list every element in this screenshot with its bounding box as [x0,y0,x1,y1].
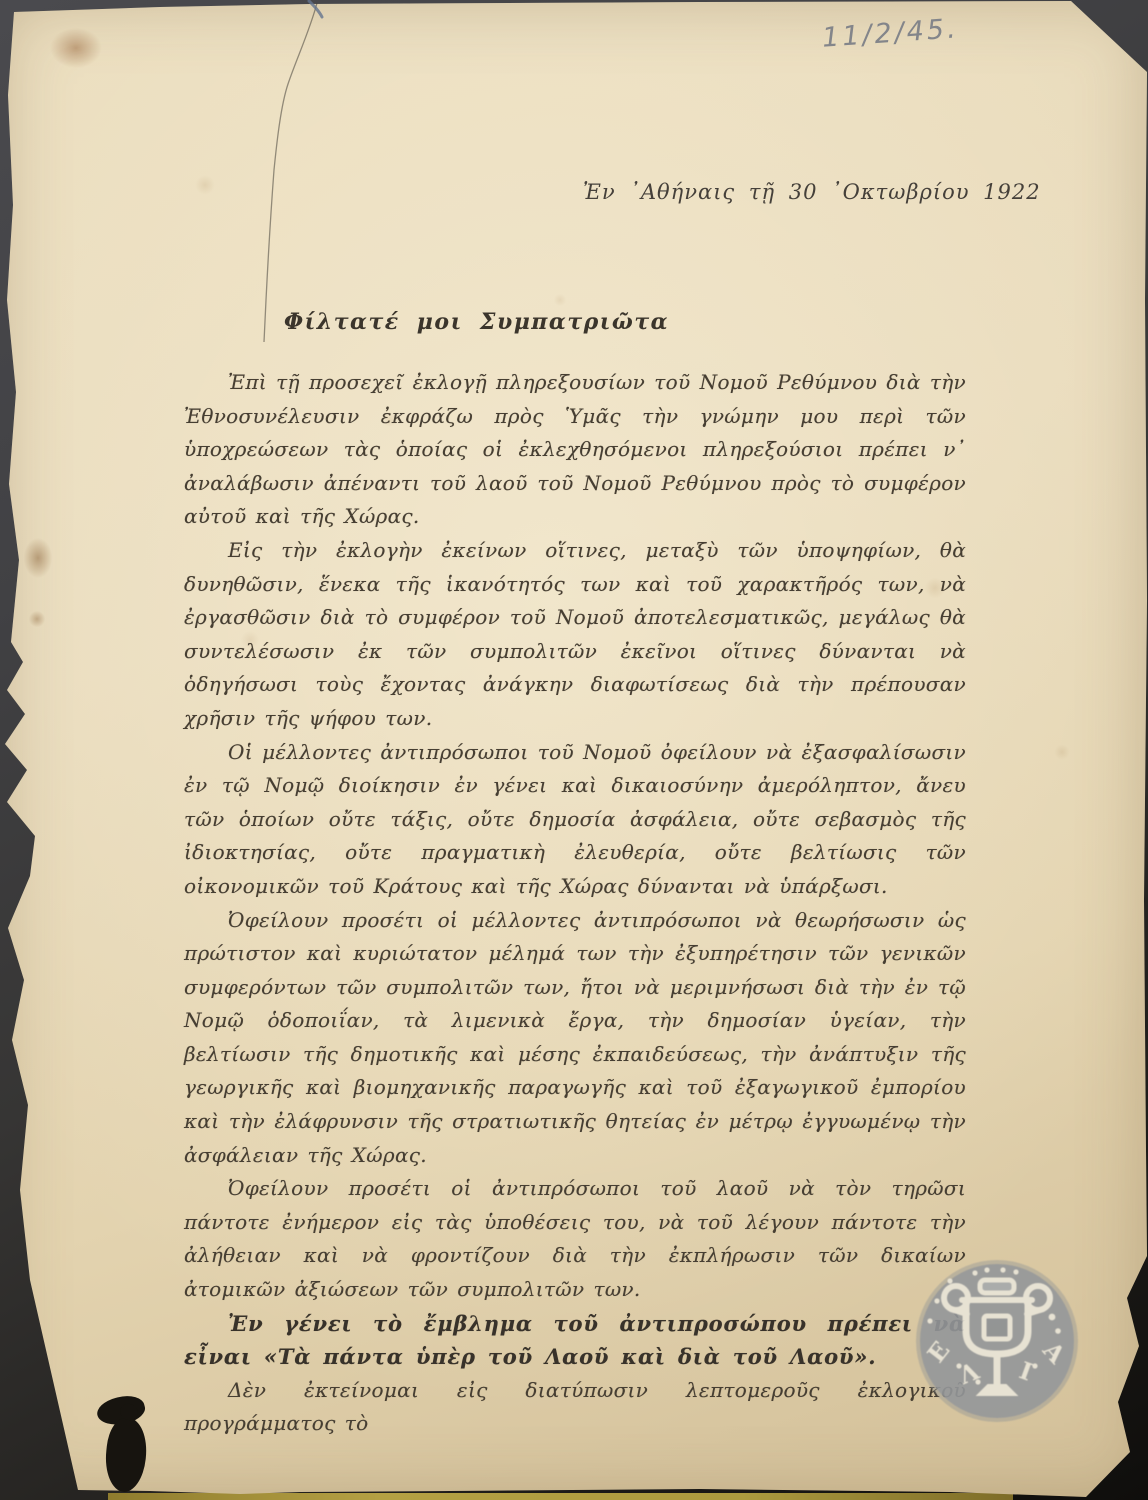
letter-paragraph-1: Ἐπὶ τῇ προσεχεῖ ἐκλογῇ πληρεξουσίων τοῦ … [184,366,966,534]
letter-salutation: Φίλτατέ μοι Συμπατριῶτα [284,309,669,335]
letter-dateline: Ἐν ᾽Αθήναις τῇ 30 ᾽Οκτωβρίου 1922 [583,180,1041,204]
letter-paragraph-7: Δὲν ἐκτείνομαι εἰς διατύπωσιν λεπτομεροῦ… [184,1374,966,1441]
archive-stamp: Ε Λ Ι Α [915,1259,1079,1423]
letter-paragraph-6-motto: Ἐν γένει τὸ ἔμβλημα τοῦ ἀντιπροσώπου πρέ… [184,1307,966,1374]
letter-paragraph-5: Ὀφείλουν προσέτι οἱ ἀντιπρόσωποι τοῦ λαο… [184,1172,966,1306]
letter-paragraph-3: Οἱ μέλλοντες ἀντιπρόσωποι τοῦ Νομοῦ ὀφεί… [184,736,966,904]
letter-body: Ἐπὶ τῇ προσεχεῖ ἐκλογῇ πληρεξουσίων τοῦ … [184,366,966,1441]
letter-paragraph-2: Εἰς τὴν ἐκλογὴν ἐκείνων οἵτινες, μεταξὺ … [184,534,966,736]
scan-bottom-edge-strip [108,1493,1013,1500]
letter-paragraph-4: Ὀφείλουν προσέτι οἱ μέλλοντες ἀντιπρόσωπ… [184,904,966,1173]
